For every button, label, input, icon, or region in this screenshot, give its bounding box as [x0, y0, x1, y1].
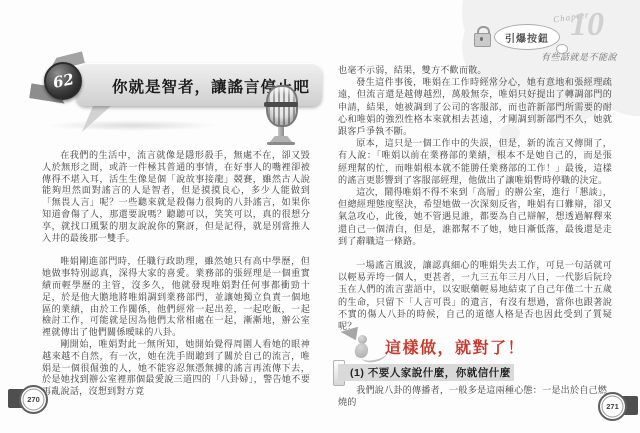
- paragraph: 我們說八卦的傳播者，一般多是這兩種心態：一是出於自己燃燒的: [338, 384, 612, 408]
- padlock-keyhole: [480, 37, 483, 41]
- paragraph: 這次，鬧得唯娟不得不來到「高層」的辦公室，進行「懇談」，但總經理態度堅決，希望她…: [338, 186, 612, 247]
- paragraph: 原本，這只是一個工作中的失誤，但是，新的流言又傳開了，有人說：「唯娟以前在業務部…: [338, 137, 612, 186]
- book-spread: Chapter 10 引爆按鈕 有些話就是不能說 62 你就是智者，讓謠言停止吧…: [0, 0, 640, 433]
- banner-shadow: [46, 120, 218, 131]
- right-page-text-column: 也毫不示弱，結果，雙方不歡而散。 發生這件事後，唯娟在工作時經常分心，她有意地和…: [338, 64, 612, 332]
- page-number: 270: [27, 395, 40, 404]
- paragraph: 剛開始，唯娟對此一無所知，她開始覺得周圍人看她的眼神越來越不自然，有一次，她在洗…: [42, 339, 310, 398]
- action-heading: 這樣做，就對了！: [385, 335, 525, 358]
- microphone-stem: [278, 127, 284, 137]
- page-number: 271: [606, 402, 619, 411]
- paragraph: 在我們的生活中，流言就像是隱形殺手，無處不在，卻又毀人於無形之間，或許一件極其普…: [42, 150, 310, 244]
- microphone-band: [264, 102, 298, 107]
- paragraph: 一場謠言風波，讓認真細心的唯娟失去工作，可見一句話就可以輕易弄垮一個人，更甚者，…: [338, 259, 612, 332]
- announcer-figure-icon: [341, 328, 381, 360]
- microphone-base-plate: [267, 142, 295, 145]
- chapter-subtitle: 有些話就是不能說: [541, 50, 617, 63]
- padlock-mascot-icon: [474, 26, 489, 46]
- page-number-badge-left: 270: [19, 385, 48, 414]
- section-number-badge: 62: [44, 62, 82, 100]
- paragraph: 唯娟剛進部門時，任職行政助理，雖然她只有高中學歷，但她做事特別認真，深得大家的喜…: [42, 256, 310, 339]
- paragraph: 發生這件事後，唯娟在工作時經常分心，她有意地和張經理疏遠，但流言還是越傳越烈，萬…: [338, 76, 612, 137]
- paragraph: 也毫不示弱，結果，雙方不歡而散。: [338, 64, 612, 76]
- chapter-number: 10: [570, 8, 604, 42]
- left-page-text-column: 在我們的生活中，流言就像是隱形殺手，無處不在，卻又毀人於無形之間，或許一件極其普…: [42, 150, 310, 398]
- section-number: 62: [51, 70, 75, 92]
- subheading-text: (1) 不要人家說什麼，你就信什麼: [338, 365, 511, 380]
- chapter-title-bubble: 引爆按鈕: [494, 24, 560, 50]
- microphone-icon: [263, 85, 299, 145]
- subheading-bar: (1) 不要人家說什麼，你就信什麼: [338, 364, 514, 381]
- megaphone-icon: [340, 327, 360, 342]
- page-number-badge-right: 271: [598, 392, 627, 421]
- closing-line-container: 我們說八卦的傳播者，一般多是這兩種心態：一是出於自己燃燒的: [338, 384, 612, 408]
- chapter-title: 引爆按鈕: [505, 30, 549, 45]
